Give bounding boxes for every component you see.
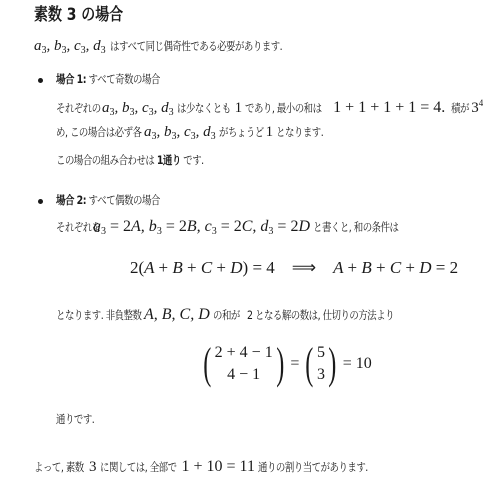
text: であり, 最小の和は <box>245 100 317 116</box>
binomial-2: ( 53 ) <box>302 342 339 386</box>
display-equation: 2(A + B + C + D) = 4 ⟹ A + B + C + D = 2 <box>130 258 458 278</box>
case2-heading: 場合 2: すべて偶数の場合 <box>56 192 183 208</box>
case2-line3: 通りです. <box>56 411 103 427</box>
text: となります. <box>276 124 323 140</box>
text: と書くと, 和の条件は <box>313 219 398 235</box>
case2-line1: それぞれを a3 = 2A, b3 = 2B, c3 = 2C, d3 = 2D… <box>56 218 417 237</box>
sum-eq: 1 + 10 = 11 <box>182 458 255 476</box>
binomial-equation: ( 2 + 4 − 14 − 1 ) = ( 53 ) = 10 <box>200 342 372 386</box>
vars: a3, b3, c3, d3 <box>144 124 216 142</box>
num: 2 <box>247 308 254 322</box>
text: に関しては, 全部で <box>100 459 167 475</box>
substitution-eq: a3 = 2A, b3 = 2B, c3 = 2C, d3 = 2D <box>93 218 310 237</box>
case1-line3: この場合の組み合わせは 1通り です. <box>56 152 236 168</box>
num: 3 <box>89 459 97 476</box>
bullet-case2 <box>38 199 43 204</box>
text: この場合の組み合わせは <box>56 153 154 167</box>
text: となる解の数は, 仕切りの方法より <box>255 307 394 323</box>
num: 1 <box>235 100 243 117</box>
text: よって, 素数 <box>34 459 79 475</box>
text: それぞれの <box>56 100 94 116</box>
case1-label: 場合 1: <box>56 72 86 86</box>
conclusion-line: よって, 素数 3 に関しては, 全部で 1 + 10 = 11 通りの割り当て… <box>34 458 392 476</box>
vars: A, B, C, D <box>144 306 210 324</box>
text: がちょうど <box>219 124 258 140</box>
case1-heading: 場合 1: すべて奇数の場合 <box>56 71 183 87</box>
result: = 10 <box>343 355 372 373</box>
text: それぞれを <box>56 219 86 235</box>
text: 通りの割り当てがあります. <box>258 459 368 475</box>
case1-title: すべて奇数の場合 <box>89 72 160 86</box>
vars: a3, b3, c3, d3 <box>102 100 174 118</box>
intro-line: a3, b3, c3, d3 はすべて同じ偶奇性である必要があります. <box>34 38 320 56</box>
intro-vars: a3, b3, c3, d3 <box>34 38 106 56</box>
text: 積が <box>451 100 467 116</box>
case2-line2: となります. 非負整数 A, B, C, D の和が 2 となる解の数は, 仕切… <box>56 306 424 324</box>
equals: = <box>290 355 299 373</box>
text: め, この場合は必ず各 <box>56 124 128 140</box>
case2-title: すべて偶数の場合 <box>89 193 160 207</box>
count-bold: 1通り <box>157 153 181 167</box>
sum-eq: 1 + 1 + 1 + 1 = 4. <box>333 99 445 117</box>
case1-line2: め, この場合は必ず各 a3, b3, c3, d3 がちょうど 1 となります… <box>56 124 334 142</box>
case2-label: 場合 2: <box>56 193 86 207</box>
intro-text: はすべて同じ偶奇性である必要があります. <box>110 38 282 54</box>
case1-line1: それぞれの a3, b3, c3, d3 は少なくとも 1 であり, 最小の和は… <box>56 98 483 118</box>
text: 通りです. <box>56 411 94 427</box>
text: となります. 非負整数 <box>56 307 128 323</box>
binomial-1: ( 2 + 4 − 14 − 1 ) <box>200 342 287 386</box>
text: は少なくとも <box>177 100 225 116</box>
section-heading: 素数 3 の場合 <box>34 0 123 25</box>
text: の和が <box>213 307 241 323</box>
power: 34 <box>471 98 483 117</box>
text: です. <box>183 153 203 167</box>
num: 1 <box>266 124 274 141</box>
bullet-case1 <box>38 78 43 83</box>
